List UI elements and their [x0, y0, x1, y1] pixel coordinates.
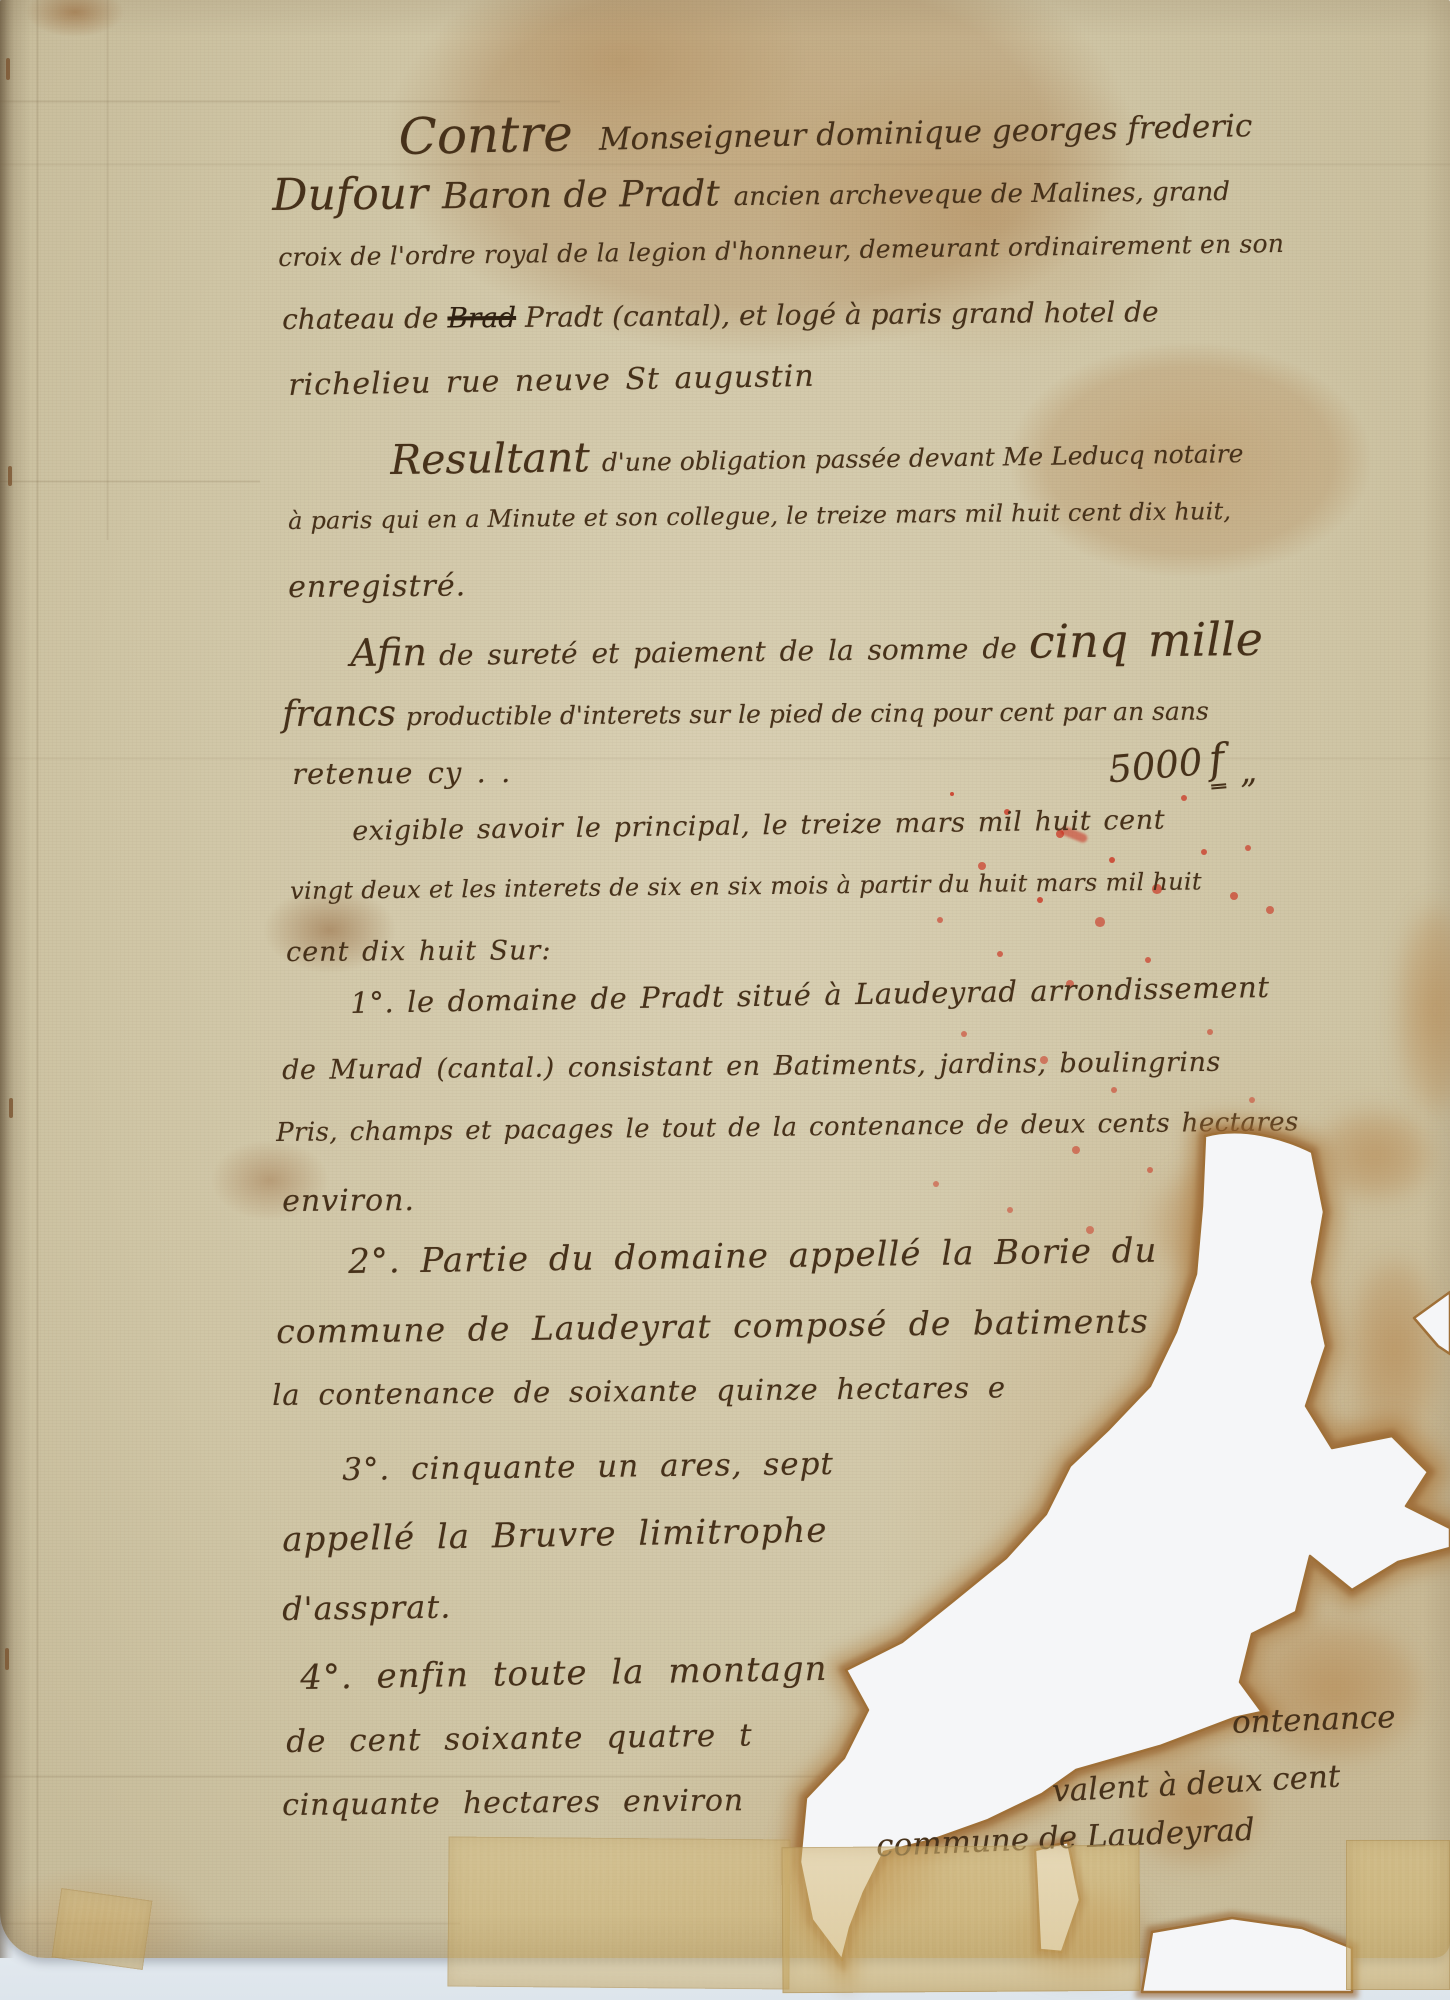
manuscript-segment: environ.: [282, 1183, 415, 1219]
manuscript-line-25: 4°. enfin toute la montagn: [300, 1649, 828, 1698]
fragment-text-1: ontenance: [1231, 1699, 1396, 1741]
scanned-document: ContreMonseigneur dominique georges fred…: [0, 0, 1450, 2000]
manuscript-segment: 4°. enfin toute la montagn: [300, 1649, 828, 1698]
manuscript-segment: Monseigneur dominique georges frederic: [598, 108, 1252, 158]
manuscript-segment: d'assprat.: [282, 1588, 452, 1628]
manuscript-segment: Pradt (cantal), et logé à paris grand ho…: [525, 295, 1159, 334]
manuscript-segment: Resultant: [390, 433, 590, 484]
tape-patch-corner: [1346, 1840, 1450, 1990]
manuscript-line-14: cent dix huit Sur:: [286, 935, 552, 968]
manuscript-line-22: 3°. cinquante un ares, sept: [342, 1446, 834, 1488]
manuscript-segment: ancien archeveque de Malines, grand: [734, 177, 1231, 212]
amount-value: 5000: [1107, 740, 1205, 791]
tape-patch-center: [781, 1845, 1140, 1993]
manuscript-line-24: d'assprat.: [282, 1588, 452, 1628]
manuscript-line-19: 2°. Partie du domaine appellé la Borie d…: [348, 1231, 1158, 1282]
manuscript-segment: francs: [282, 693, 396, 735]
manuscript-line-11: retenue cy . .: [292, 755, 511, 791]
manuscript-line-9: Afinde sureté et paiement de la somme de…: [350, 612, 1263, 677]
manuscript-line-18: environ.: [282, 1183, 415, 1219]
manuscript-segment: Afin: [350, 630, 427, 675]
manuscript-line-5: richelieu rue neuve St augustin: [288, 359, 815, 403]
manuscript-line-12: exigible savoir le principal, le treize …: [352, 805, 1165, 847]
manuscript-segment: Baron de Pradt: [442, 173, 720, 217]
manuscript-line-16: de Murad (cantal.) consistant en Batimen…: [282, 1047, 1221, 1086]
manuscript-segment: 3°. cinquante un ares, sept: [342, 1446, 834, 1488]
manuscript-segment: Brad: [447, 301, 516, 335]
manuscript-line-17: Pris, champs et pacages le tout de la co…: [276, 1107, 1299, 1148]
manuscript-line-23: appellé la Bruvre limitrophe: [282, 1510, 828, 1560]
manuscript-segment: appellé la Bruvre limitrophe: [282, 1510, 828, 1560]
manuscript-line-27: cinquante hectares environ: [282, 1783, 744, 1823]
manuscript-line-4: chateau deBradPradt (cantal), et logé à …: [282, 295, 1159, 336]
manuscript-segment: à paris qui en a Minute et son collegue,…: [288, 497, 1231, 535]
manuscript-segment: cent dix huit Sur:: [286, 935, 552, 968]
amount-suffix: „: [1238, 751, 1258, 791]
manuscript-line-26: de cent soixante quatre t: [286, 1717, 753, 1760]
manuscript-segment: Pris, champs et pacages le tout de la co…: [276, 1107, 1299, 1148]
manuscript-line-2: DufourBaron de Pradtancien archeveque de…: [272, 160, 1230, 221]
manuscript-segment: richelieu rue neuve St augustin: [288, 359, 815, 403]
manuscript-segment: cinq mille: [1028, 612, 1263, 669]
tape-patch-left: [447, 1837, 790, 1990]
manuscript-line-15: 1°. le domaine de Pradt situé à Laudeyra…: [350, 970, 1270, 1020]
manuscript-text-layer: ContreMonseigneur dominique georges fred…: [0, 0, 1450, 2000]
manuscript-line-6: Resultantd'une obligation passée devant …: [390, 424, 1244, 484]
manuscript-segment: de cent soixante quatre t: [286, 1717, 753, 1760]
manuscript-segment: croix de l'ordre royal de la legion d'ho…: [278, 229, 1284, 272]
manuscript-segment: d'une obligation passée devant Me Leducq…: [602, 439, 1244, 477]
tape-patch-small: [52, 1888, 153, 1970]
manuscript-segment: de sureté et paiement de la somme de: [439, 632, 1017, 672]
manuscript-segment: cinquante hectares environ: [282, 1783, 744, 1823]
manuscript-segment: Dufour: [272, 168, 428, 221]
manuscript-segment: exigible savoir le principal, le treize …: [352, 805, 1165, 847]
manuscript-segment: de Murad (cantal.) consistant en Batimen…: [282, 1047, 1221, 1086]
manuscript-segment: retenue cy . .: [292, 755, 511, 791]
manuscript-segment: chateau de: [282, 302, 439, 336]
manuscript-line-21: la contenance de soixante quinze hectare…: [272, 1370, 1006, 1412]
manuscript-segment: productible d'interets sur le pied de ci…: [406, 697, 1209, 732]
manuscript-segment: commune de Laudeyrat composé de batiment…: [276, 1301, 1149, 1351]
manuscript-line-1: ContreMonseigneur dominique georges fred…: [398, 90, 1253, 166]
manuscript-line-13: vingt deux et les interets de six en six…: [290, 867, 1202, 905]
manuscript-segment: 2°. Partie du domaine appellé la Borie d…: [348, 1231, 1158, 1282]
manuscript-line-20: commune de Laudeyrat composé de batiment…: [276, 1301, 1149, 1351]
manuscript-line-7: à paris qui en a Minute et son collegue,…: [288, 497, 1231, 535]
manuscript-segment: 1°. le domaine de Pradt situé à Laudeyra…: [350, 970, 1270, 1020]
manuscript-line-3: croix de l'ordre royal de la legion d'ho…: [278, 229, 1284, 272]
manuscript-line-8: enregistré.: [288, 568, 466, 605]
manuscript-segment: enregistré.: [288, 568, 466, 605]
manuscript-line-10: francsproductible d'interets sur le pied…: [282, 688, 1209, 735]
manuscript-segment: la contenance de soixante quinze hectare…: [272, 1370, 1006, 1412]
manuscript-segment: Contre: [398, 104, 573, 166]
amount-currency: f: [1207, 734, 1227, 789]
manuscript-segment: vingt deux et les interets de six en six…: [290, 867, 1202, 905]
